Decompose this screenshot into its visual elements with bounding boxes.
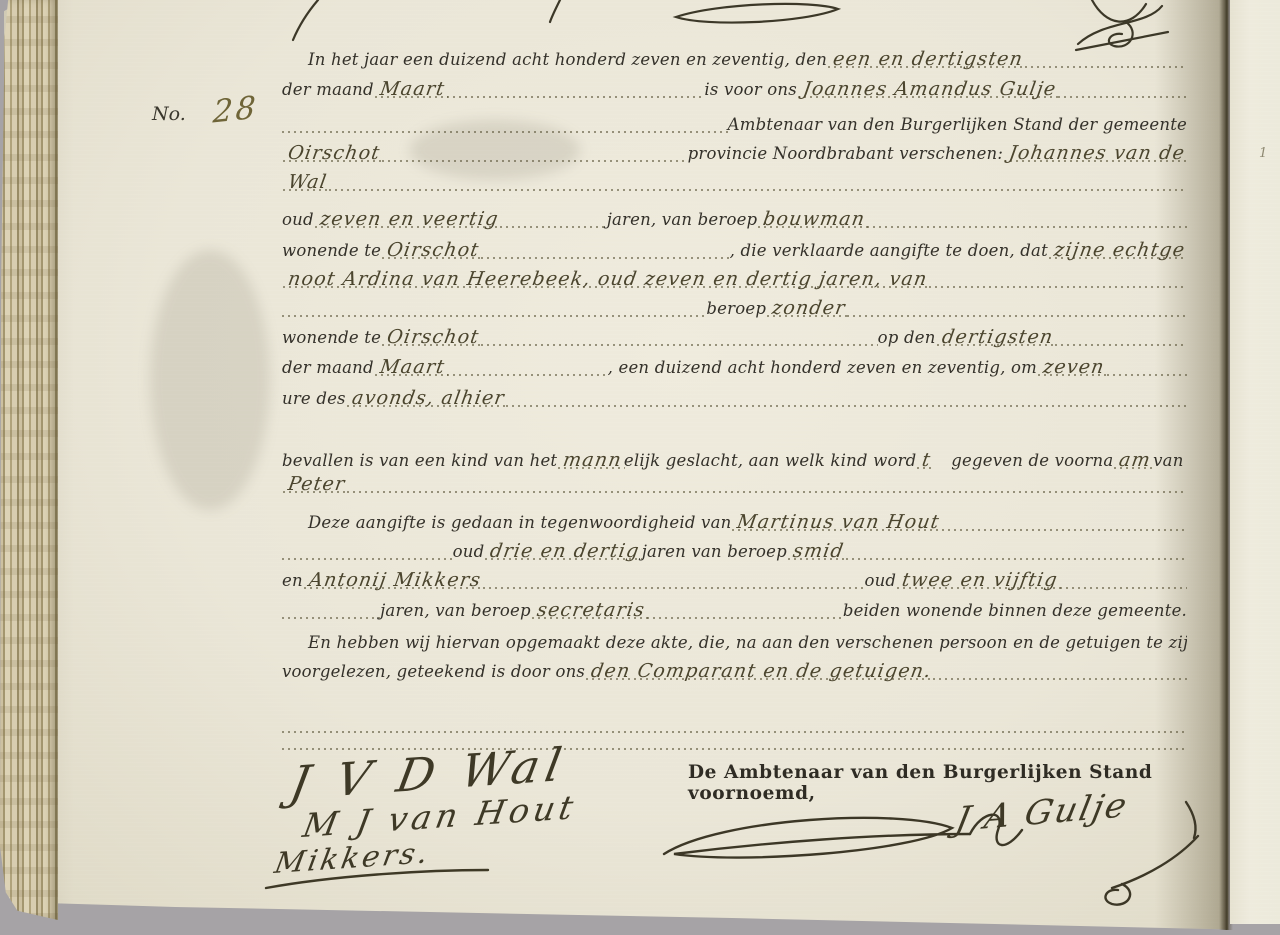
printed-form-text: , een duizend acht honderd zeven en zeve…: [608, 354, 1037, 381]
handwritten-entry: mann: [557, 447, 628, 474]
printed-form-text: wonende te: [282, 237, 381, 264]
printed-form-text: elijk geslacht, aan welk kind word: [624, 447, 917, 474]
facing-page-mark: 1: [1259, 146, 1267, 161]
record-number: No. 28: [152, 92, 258, 128]
printed-form-text: beiden wonende binnen deze gemeente.: [843, 597, 1187, 624]
act-line: Oirschotprovincie Noordbrabant verschene…: [282, 138, 1187, 167]
dotted-fill-line: [282, 604, 380, 624]
printed-form-text: beroep: [706, 295, 766, 322]
dotted-fill-line: [1025, 53, 1187, 73]
handwritten-entry: Maart: [374, 76, 451, 103]
act-line: Ambtenaar van den Burgerlijken Stand der…: [282, 109, 1187, 138]
act-line: Wal: [282, 167, 1187, 196]
act-line: en Antonij Mikkers oud twee en vijftig: [282, 565, 1187, 594]
printed-form-text: Ambtenaar van den Burgerlijken Stand der…: [728, 111, 1187, 138]
dotted-fill-line: [500, 213, 607, 233]
act-line: beroep zonder: [282, 293, 1187, 322]
printed-form-text: is voor ons: [704, 76, 797, 103]
handwritten-entry: Oirschot: [381, 237, 485, 264]
dotted-fill-line: [1058, 83, 1187, 103]
act-line: ure des avonds, alhier: [282, 383, 1187, 412]
handwritten-entry: Oirschot: [381, 324, 485, 351]
handwritten-entry: avonds, alhier: [346, 385, 511, 412]
handwritten-entry: zijne echtge: [1048, 237, 1187, 264]
act-line: [282, 709, 1187, 738]
handwritten-entry: zonder: [766, 295, 852, 322]
record-number-value: 28: [212, 89, 260, 130]
printed-form-text: oud: [864, 567, 896, 594]
dotted-fill-line: [282, 302, 706, 322]
printed-form-text: bevallen is van een kind van het: [282, 447, 557, 474]
act-line: In het jaar een duizend acht honderd zev…: [282, 44, 1187, 73]
printed-form-text: van: [1153, 447, 1183, 474]
handwritten-entry: Wal: [282, 169, 333, 196]
printed-form-text: jaren, van beroep: [380, 597, 531, 624]
handwritten-entry: noot Ardina van Heerebeek, oud zeven en …: [282, 266, 934, 293]
blank-gap: [933, 454, 951, 474]
dotted-fill-line: [382, 147, 688, 167]
dotted-fill-line: [847, 302, 1187, 322]
act-line: der maand Maart, een duizend acht honder…: [282, 352, 1187, 381]
act-line: bevallen is van een kind van het manneli…: [282, 445, 1187, 474]
handwritten-entry: am: [1113, 447, 1157, 474]
dotted-fill-line: [481, 244, 730, 264]
handwritten-entry: den Comparant en de getuigen.: [585, 658, 938, 685]
printed-form-text: Deze aangifte is gedaan in tegenwoordigh…: [308, 509, 731, 536]
printed-form-text: op den: [878, 324, 936, 351]
dotted-fill-line: [447, 83, 705, 103]
printed-form-text: , die verklaarde aangifte te doen, dat: [730, 237, 1048, 264]
dotted-fill-line: [329, 176, 1187, 196]
handwritten-entry: Johannes van de: [1003, 140, 1187, 167]
handwritten-entry: Antonij Mikkers: [303, 567, 487, 594]
dotted-fill-line: [933, 665, 1187, 685]
act-line: wonende te Oirschot op den dertigsten: [282, 322, 1187, 351]
ink-bleed-smudge: [150, 250, 270, 510]
printed-form-text: In het jaar een duizend acht honderd zev…: [308, 46, 827, 73]
printed-form-text: jaren, van beroep: [607, 206, 758, 233]
dotted-fill-line: [929, 273, 1187, 293]
record-number-label: No.: [152, 103, 186, 125]
act-line: voorgelezen, geteekend is door ons den C…: [282, 656, 1187, 685]
act-line: der maand Maart is voor ons Joannes Aman…: [282, 74, 1187, 103]
dotted-fill-line: [481, 331, 878, 351]
printed-form-text: gegeven de voorna: [951, 447, 1113, 474]
handwritten-entry: dertigsten: [936, 324, 1060, 351]
printed-form-text: wonende te: [282, 324, 381, 351]
dotted-fill-line: [506, 392, 1187, 412]
dotted-fill-line: [846, 545, 1187, 565]
dotted-fill-line: [483, 574, 865, 594]
handwritten-entry: zeven: [1037, 354, 1111, 381]
dotted-fill-line: [1060, 574, 1187, 594]
dotted-fill-line: [647, 604, 843, 624]
dotted-fill-line: [347, 478, 1187, 498]
handwritten-entry: Oirschot: [282, 140, 386, 167]
handwritten-entry: Peter: [282, 471, 351, 498]
handwritten-entry: zeven en veertig: [314, 206, 505, 233]
printed-form-text: En hebben wij hiervan opgemaakt deze akt…: [308, 629, 1187, 656]
printed-form-text: ure des: [282, 385, 346, 412]
book-scan: 1 No. 28 In het jaar een duizend acht ho…: [0, 0, 1280, 935]
act-body: In het jaar een duizend acht honderd zev…: [282, 44, 1187, 755]
act-line: oud zeven en veertig jaren, van beroep b…: [282, 204, 1187, 233]
dotted-fill-line: [1107, 361, 1188, 381]
dotted-fill-line: [1055, 331, 1187, 351]
act-line: oud drie en dertig jaren van beroep smid: [282, 536, 1187, 565]
act-line: En hebben wij hiervan opgemaakt deze akt…: [282, 627, 1187, 656]
printed-form-text: der maand: [282, 354, 374, 381]
act-line: wonende te Oirschot, die verklaarde aang…: [282, 235, 1187, 264]
printed-form-text: en: [282, 567, 303, 594]
dotted-fill-line: [447, 361, 608, 381]
handwritten-entry: Maart: [374, 354, 451, 381]
printed-form-text: der maand: [282, 76, 374, 103]
handwritten-entry: twee en vijftig: [896, 567, 1064, 594]
handwritten-entry: secretaris: [531, 597, 651, 624]
handwritten-entry: Joannes Amandus Gulje: [797, 76, 1062, 103]
printed-form-text: voorgelezen, geteekend is door ons: [282, 658, 585, 685]
handwritten-entry: bouwman: [757, 206, 871, 233]
dotted-fill-line: [942, 516, 1187, 536]
printed-form-text: provincie Noordbrabant verschenen:: [688, 140, 1004, 167]
handwritten-entry: smid: [787, 538, 850, 565]
printed-form-text: jaren van beroep: [642, 538, 787, 565]
book-binding-edge: [0, 0, 58, 920]
act-line: noot Ardina van Heerebeek, oud zeven en …: [282, 264, 1187, 293]
handwritten-entry: drie en dertig: [484, 538, 646, 565]
dotted-fill-line: [282, 118, 728, 138]
printed-form-text: oud: [282, 206, 314, 233]
printed-form-text: oud: [453, 538, 485, 565]
dotted-fill-line: [282, 545, 453, 565]
act-line: jaren, van beroep secretaris beiden wone…: [282, 595, 1187, 624]
dotted-fill-line: [867, 213, 1187, 233]
handwritten-entry: een en dertigsten: [827, 46, 1029, 73]
act-line: Deze aangifte is gedaan in tegenwoordigh…: [282, 507, 1187, 536]
handwritten-entry: Martinus van Hout: [731, 509, 946, 536]
